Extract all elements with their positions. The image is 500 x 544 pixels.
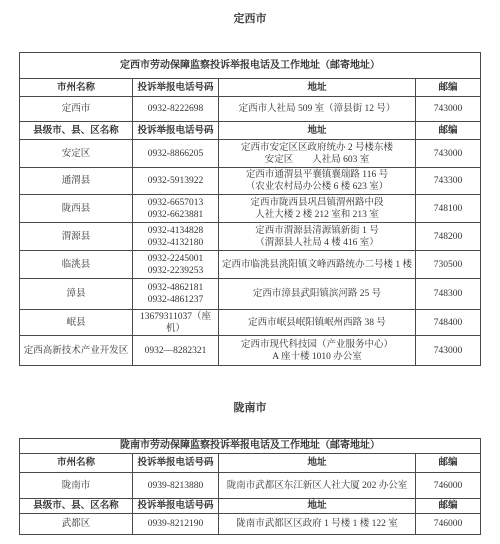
region-name-cell: 漳县 xyxy=(20,279,133,310)
region-name-cell: 安定区 xyxy=(20,140,133,168)
address-line: 定西市岷县岷阳镇岷州西路 38 号 xyxy=(221,317,413,329)
address-cell: 定西市安定区区政府统办 2 号楼东楼安定区 人社局 603 室 xyxy=(219,140,416,168)
region-name-cell: 陇西县 xyxy=(20,195,133,223)
postal-cell: 748300 xyxy=(416,279,481,310)
table-row: 定西市 0932-8222698 定西市人社局 509 室（漳县街 12 号） … xyxy=(20,97,481,122)
address-line: 定西市陇西县巩昌镇渭州路中段 xyxy=(221,197,413,209)
address-line: 定西市漳县武阳镇滨河路 25 号 xyxy=(221,288,413,300)
address-line: 定西市人社局 509 室（漳县街 12 号） xyxy=(221,103,413,115)
county-header-row: 县级市、县、区名称 投诉举报电话号码 地址 邮编 xyxy=(20,122,481,140)
address-line: 陇南市武都区区政府 1 号楼 1 楼 122 室 xyxy=(221,518,413,530)
address-line: 定西市现代科技园（产业服务中心） xyxy=(221,339,413,351)
phone-cell: 13679311037（座机） xyxy=(133,310,219,336)
postal-cell: 730500 xyxy=(416,251,481,279)
postal-cell: 743000 xyxy=(416,97,481,122)
header-phone: 投诉举报电话号码 xyxy=(133,122,219,140)
address-cell: 定西市人社局 509 室（漳县街 12 号） xyxy=(219,97,416,122)
table-row: 安定区 0932-8866205 定西市安定区区政府统办 2 号楼东楼安定区 人… xyxy=(20,140,481,168)
table-row: 武都区 0939-8212190 陇南市武都区区政府 1 号楼 1 楼 122 … xyxy=(20,514,481,535)
section-heading-dingxi: 定西市 xyxy=(0,13,500,25)
table-row: 通渭县 0932-5913922 定西市通渭县平襄镇襄瑞路 116 号（农业农村… xyxy=(20,168,481,195)
address-cell: 陇南市武都区区政府 1 号楼 1 楼 122 室 xyxy=(219,514,416,535)
longnan-table: 陇南市劳动保障监察投诉举报电话及工作地址（邮寄地址） 市州名称 投诉举报电话号码… xyxy=(19,438,481,535)
header-region-name: 县级市、县、区名称 xyxy=(20,122,133,140)
table-row: 临洮县 0932-22450010932-2239253 定西市临洮县洮阳镇文峰… xyxy=(20,251,481,279)
city-header-row: 市州名称 投诉举报电话号码 地址 邮编 xyxy=(20,454,481,473)
address-line: 定西市通渭县平襄镇襄瑞路 116 号 xyxy=(221,169,413,181)
dingxi-table: 定西市劳动保障监察投诉举报电话及工作地址（邮寄地址） 市州名称 投诉举报电话号码… xyxy=(19,52,481,366)
address-line: 人社大楼 2 楼 212 室和 213 室 xyxy=(221,209,413,221)
phone-cell: 0932-41348280932-4132180 xyxy=(133,223,219,251)
phone-line: 0932-8222698 xyxy=(135,103,216,115)
header-region-name: 市州名称 xyxy=(20,454,133,473)
region-name-cell: 定西高新技术产业开发区 xyxy=(20,336,133,366)
header-postal: 邮编 xyxy=(416,499,481,514)
table-row: 陇西县 0932-66570130932-6623881 定西市陇西县巩昌镇渭州… xyxy=(20,195,481,223)
region-name-cell: 通渭县 xyxy=(20,168,133,195)
table-row: 漳县 0932-48621810932-4861237 定西市漳县武阳镇滨河路 … xyxy=(20,279,481,310)
address-line: 陇南市武都区东江新区人社大厦 202 办公室 xyxy=(221,480,413,492)
address-line: （渭源县人社局 4 楼 416 室） xyxy=(221,237,413,249)
county-header-row: 县级市、县、区名称 投诉举报电话号码 地址 邮编 xyxy=(20,499,481,514)
table-title-row: 陇南市劳动保障监察投诉举报电话及工作地址（邮寄地址） xyxy=(20,439,481,454)
header-address: 地址 xyxy=(219,79,416,97)
address-line: 定西市渭源县清源镇新街 1 号 xyxy=(221,225,413,237)
address-line: 安定区 人社局 603 室 xyxy=(221,154,413,166)
postal-cell: 743000 xyxy=(416,336,481,366)
region-name-cell: 岷县 xyxy=(20,310,133,336)
section-heading-longnan: 陇南市 xyxy=(0,402,500,414)
phone-line: 0932-8866205 xyxy=(135,148,216,160)
region-name-cell: 定西市 xyxy=(20,97,133,122)
phone-line: 0932-4861237 xyxy=(135,294,216,306)
header-phone: 投诉举报电话号码 xyxy=(133,454,219,473)
header-address: 地址 xyxy=(219,499,416,514)
postal-cell: 743300 xyxy=(416,168,481,195)
city-header-row: 市州名称 投诉举报电话号码 地址 邮编 xyxy=(20,79,481,97)
header-postal: 邮编 xyxy=(416,454,481,473)
region-name-cell: 临洮县 xyxy=(20,251,133,279)
region-name-cell: 陇南市 xyxy=(20,473,133,499)
phone-line: 13679311037（座机） xyxy=(135,311,216,335)
postal-cell: 748200 xyxy=(416,223,481,251)
address-line: （农业农村局办公楼 6 楼 623 室） xyxy=(221,181,413,193)
table-row: 渭源县 0932-41348280932-4132180 定西市渭源县清源镇新街… xyxy=(20,223,481,251)
region-name-cell: 武都区 xyxy=(20,514,133,535)
phone-line: 0932-4132180 xyxy=(135,237,216,249)
address-cell: 定西市岷县岷阳镇岷州西路 38 号 xyxy=(219,310,416,336)
phone-cell: 0939-8213880 xyxy=(133,473,219,499)
address-cell: 定西市通渭县平襄镇襄瑞路 116 号（农业农村局办公楼 6 楼 623 室） xyxy=(219,168,416,195)
address-cell: 定西市陇西县巩昌镇渭州路中段人社大楼 2 楼 212 室和 213 室 xyxy=(219,195,416,223)
phone-line: 0932-6623881 xyxy=(135,209,216,221)
address-cell: 定西市渭源县清源镇新街 1 号（渭源县人社局 4 楼 416 室） xyxy=(219,223,416,251)
address-line: A 座十楼 1010 办公室 xyxy=(221,351,413,363)
header-address: 地址 xyxy=(219,454,416,473)
region-name-cell: 渭源县 xyxy=(20,223,133,251)
phone-cell: 0932-48621810932-4861237 xyxy=(133,279,219,310)
phone-line: 0932-2239253 xyxy=(135,265,216,277)
header-postal: 邮编 xyxy=(416,122,481,140)
header-region-name: 县级市、县、区名称 xyxy=(20,499,133,514)
table-title-row: 定西市劳动保障监察投诉举报电话及工作地址（邮寄地址） xyxy=(20,53,481,79)
header-address: 地址 xyxy=(219,122,416,140)
table-row: 陇南市 0939-8213880 陇南市武都区东江新区人社大厦 202 办公室 … xyxy=(20,473,481,499)
phone-line: 0932-6657013 xyxy=(135,197,216,209)
phone-cell: 0932-8866205 xyxy=(133,140,219,168)
phone-line: 0932-4862181 xyxy=(135,282,216,294)
address-cell: 陇南市武都区东江新区人社大厦 202 办公室 xyxy=(219,473,416,499)
postal-cell: 748400 xyxy=(416,310,481,336)
phone-cell: 0939-8212190 xyxy=(133,514,219,535)
postal-cell: 746000 xyxy=(416,473,481,499)
phone-cell: 0932-22450010932-2239253 xyxy=(133,251,219,279)
header-phone: 投诉举报电话号码 xyxy=(133,79,219,97)
phone-line: 0932-2245001 xyxy=(135,253,216,265)
phone-line: 0932-4134828 xyxy=(135,225,216,237)
phone-line: 0932-5913922 xyxy=(135,175,216,187)
postal-cell: 746000 xyxy=(416,514,481,535)
table-row: 岷县 13679311037（座机） 定西市岷县岷阳镇岷州西路 38 号 748… xyxy=(20,310,481,336)
table-row: 定西高新技术产业开发区 0932—8282321 定西市现代科技园（产业服务中心… xyxy=(20,336,481,366)
phone-line: 0939-8213880 xyxy=(135,480,216,492)
postal-cell: 748100 xyxy=(416,195,481,223)
phone-line: 0932—8282321 xyxy=(135,345,216,357)
postal-cell: 743000 xyxy=(416,140,481,168)
address-line: 定西市临洮县洮阳镇文峰西路统办二号楼 1 楼 xyxy=(221,259,413,271)
address-cell: 定西市临洮县洮阳镇文峰西路统办二号楼 1 楼 xyxy=(219,251,416,279)
phone-line: 0939-8212190 xyxy=(135,518,216,530)
address-cell: 定西市现代科技园（产业服务中心）A 座十楼 1010 办公室 xyxy=(219,336,416,366)
address-cell: 定西市漳县武阳镇滨河路 25 号 xyxy=(219,279,416,310)
table-title: 陇南市劳动保障监察投诉举报电话及工作地址（邮寄地址） xyxy=(20,439,481,454)
header-phone: 投诉举报电话号码 xyxy=(133,499,219,514)
phone-cell: 0932—8282321 xyxy=(133,336,219,366)
table-title: 定西市劳动保障监察投诉举报电话及工作地址（邮寄地址） xyxy=(20,53,481,79)
address-line: 定西市安定区区政府统办 2 号楼东楼 xyxy=(221,142,413,154)
header-postal: 邮编 xyxy=(416,79,481,97)
header-region-name: 市州名称 xyxy=(20,79,133,97)
phone-cell: 0932-8222698 xyxy=(133,97,219,122)
phone-cell: 0932-66570130932-6623881 xyxy=(133,195,219,223)
phone-cell: 0932-5913922 xyxy=(133,168,219,195)
